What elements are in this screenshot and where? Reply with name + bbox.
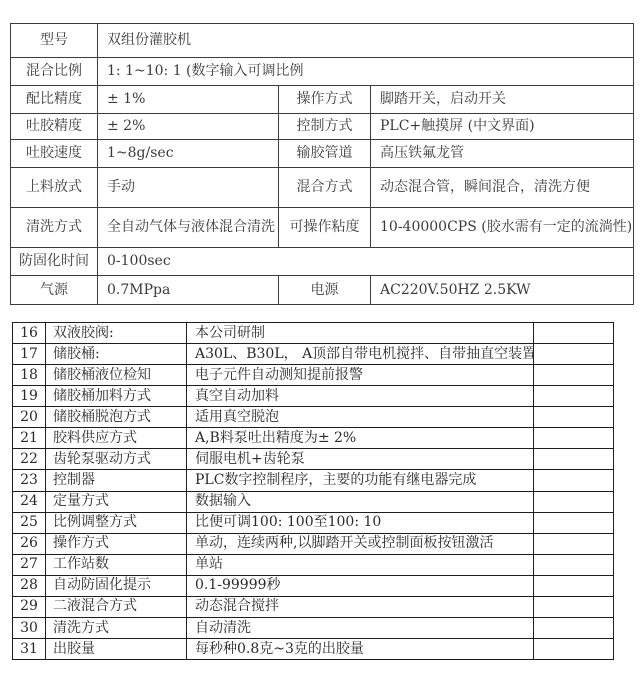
spec-value-cell: PLC数字控制程序，主要的功能有继电器完成 [187,470,534,491]
row-number-cell: 17 [13,344,46,365]
empty-cell [534,533,614,554]
spec-value-cell: 双组份灌胶机 [98,24,634,58]
table-row: 25比例调整方式比便可调100: 100至100: 10 [13,512,614,533]
spec-value-cell: 单动，连续两种,以脚踏开关或控制面板按钮激活 [187,533,534,554]
spec-value-cell: A30L、B30L， A顶部自带电机搅拌、自带抽直空装置 [187,344,534,365]
spec-value-cell: 本公司研制 [187,323,534,344]
spec-value-cell: 高压铁氟龙管 [371,140,634,168]
empty-cell [534,386,614,407]
spec-label-cell: 储胶桶: [46,344,187,365]
table-row: 27工作站数单站 [13,554,614,575]
empty-cell [534,365,614,386]
spec-label-cell: 电源 [279,276,371,305]
spec-value-cell: 动态混合管，瞬间混合，清洗方便 [371,168,634,208]
spec-value-cell: 10-40000CPS (胶水需有一定的流淌性) [371,208,634,248]
empty-cell [534,407,614,428]
spec-value-cell: 0.1-99999秒 [187,575,534,596]
table-row: 31出胶量每秒种0.8克~3克的出胶量 [13,638,614,659]
spec-label-cell: 型号 [11,24,98,58]
spec-label-cell: 出胶量 [46,638,187,659]
table-row: 16双液胶阀:本公司研制 [13,323,614,344]
table-row: 配比精度± 1%操作方式脚踏开关，启动开关 [11,86,634,114]
spec-table-primary-body: 型号双组份灌胶机混合比例1: 1~10: 1 (数字输入可调比例配比精度± 1%… [11,24,634,305]
spec-label-cell: 混合比例 [11,58,98,86]
spec-label-cell: 定量方式 [46,491,187,512]
spec-value-cell: 动态混合搅拌 [187,596,534,617]
table-row: 型号双组份灌胶机 [11,24,634,58]
spec-value-cell: 0-100sec [98,248,634,276]
table-row: 19储胶桶加料方式真空自动加料 [13,386,614,407]
spec-label-cell: 储胶桶加料方式 [46,386,187,407]
table-row: 21胶料供应方式A,B料泵吐出精度为± 2% [13,428,614,449]
spec-value-cell: PLC+触摸屏 (中文界面) [371,114,634,140]
empty-cell [534,449,614,470]
table-row: 30清洗方式自动清洗 [13,617,614,638]
spec-table-primary: 型号双组份灌胶机混合比例1: 1~10: 1 (数字输入可调比例配比精度± 1%… [10,23,634,305]
row-number-cell: 23 [13,470,46,491]
empty-cell [534,575,614,596]
empty-cell [534,596,614,617]
spec-label-cell: 齿轮泵驱动方式 [46,449,187,470]
row-number-cell: 29 [13,596,46,617]
table-row: 吐胶速度1~8g/sec输胶管道高压铁氟龙管 [11,140,634,168]
spec-value-cell: 伺服电机+齿轮泵 [187,449,534,470]
spec-label-cell: 上料放式 [11,168,98,208]
spec-label-cell: 储胶桶脱泡方式 [46,407,187,428]
spec-value-cell: 0.7MPpa [98,276,279,305]
spec-label-cell: 配比精度 [11,86,98,114]
row-number-cell: 31 [13,638,46,659]
empty-cell [534,491,614,512]
table-row: 混合比例1: 1~10: 1 (数字输入可调比例 [11,58,634,86]
empty-cell [534,428,614,449]
spec-value-cell: 手动 [98,168,279,208]
spec-label-cell: 自动防固化提示 [46,575,187,596]
table-row: 上料放式手动混合方式动态混合管，瞬间混合，清洗方便 [11,168,634,208]
spec-label-cell: 混合方式 [279,168,371,208]
table-row: 26操作方式单动，连续两种,以脚踏开关或控制面板按钮激活 [13,533,614,554]
table-row: 28自动防固化提示0.1-99999秒 [13,575,614,596]
spec-label-cell: 防固化时间 [11,248,98,276]
spec-label-cell: 双液胶阀: [46,323,187,344]
row-number-cell: 22 [13,449,46,470]
spec-label-cell: 输胶管道 [279,140,371,168]
spec-table-secondary: 16双液胶阀:本公司研制17储胶桶:A30L、B30L， A顶部自带电机搅拌、自… [12,322,614,660]
spec-label-cell: 控制方式 [279,114,371,140]
spec-label-cell: 吐胶精度 [11,114,98,140]
table-row: 气源0.7MPpa电源AC220V.50HZ 2.5KW [11,276,634,305]
row-number-cell: 19 [13,386,46,407]
table-row: 清洗方式全自动气体与液体混合清洗可操作粘度10-40000CPS (胶水需有一定… [11,208,634,248]
spec-label-cell: 二液混合方式 [46,596,187,617]
table-row: 23控制器PLC数字控制程序，主要的功能有继电器完成 [13,470,614,491]
spec-label-cell: 储胶桶液位检知 [46,365,187,386]
row-number-cell: 18 [13,365,46,386]
row-number-cell: 24 [13,491,46,512]
table-row: 29二液混合方式动态混合搅拌 [13,596,614,617]
spec-label-cell: 气源 [11,276,98,305]
empty-cell [534,470,614,491]
spec-label-cell: 胶料供应方式 [46,428,187,449]
table-row: 24定量方式数据输入 [13,491,614,512]
spec-value-cell: 每秒种0.8克~3克的出胶量 [187,638,534,659]
row-number-cell: 21 [13,428,46,449]
spec-value-cell: 真空自动加料 [187,386,534,407]
spec-label-cell: 操作方式 [46,533,187,554]
row-number-cell: 26 [13,533,46,554]
spec-value-cell: 单站 [187,554,534,575]
spec-value-cell: 全自动气体与液体混合清洗 [98,208,279,248]
spec-value-cell: 比便可调100: 100至100: 10 [187,512,534,533]
empty-cell [534,554,614,575]
spec-label-cell: 比例调整方式 [46,512,187,533]
spec-label-cell: 清洗方式 [46,617,187,638]
spec-value-cell: A,B料泵吐出精度为± 2% [187,428,534,449]
empty-cell [534,344,614,365]
empty-cell [534,323,614,344]
row-number-cell: 25 [13,512,46,533]
spec-value-cell: ± 2% [98,114,279,140]
spec-label-cell: 操作方式 [279,86,371,114]
row-number-cell: 27 [13,554,46,575]
row-number-cell: 28 [13,575,46,596]
spec-value-cell: AC220V.50HZ 2.5KW [371,276,634,305]
spec-label-cell: 可操作粘度 [279,208,371,248]
spec-value-cell: 自动清洗 [187,617,534,638]
spec-label-cell: 清洗方式 [11,208,98,248]
spec-label-cell: 控制器 [46,470,187,491]
table-row: 防固化时间0-100sec [11,248,634,276]
table-row: 18储胶桶液位检知电子元件自动测知提前报警 [13,365,614,386]
spec-value-cell: 脚踏开关，启动开关 [371,86,634,114]
spec-table-secondary-body: 16双液胶阀:本公司研制17储胶桶:A30L、B30L， A顶部自带电机搅拌、自… [13,323,614,660]
spec-value-cell: 1~8g/sec [98,140,279,168]
row-number-cell: 20 [13,407,46,428]
row-number-cell: 30 [13,617,46,638]
table-row: 20储胶桶脱泡方式适用真空脱泡 [13,407,614,428]
spec-label-cell: 吐胶速度 [11,140,98,168]
empty-cell [534,617,614,638]
empty-cell [534,512,614,533]
spec-value-cell: 电子元件自动测知提前报警 [187,365,534,386]
table-row: 吐胶精度± 2%控制方式PLC+触摸屏 (中文界面) [11,114,634,140]
table-row: 22齿轮泵驱动方式伺服电机+齿轮泵 [13,449,614,470]
spec-label-cell: 工作站数 [46,554,187,575]
spec-sheet-page: 型号双组份灌胶机混合比例1: 1~10: 1 (数字输入可调比例配比精度± 1%… [0,0,640,680]
spec-value-cell: 数据输入 [187,491,534,512]
spec-value-cell: ± 1% [98,86,279,114]
spec-value-cell: 1: 1~10: 1 (数字输入可调比例 [98,58,634,86]
row-number-cell: 16 [13,323,46,344]
table-row: 17储胶桶:A30L、B30L， A顶部自带电机搅拌、自带抽直空装置 [13,344,614,365]
spec-value-cell: 适用真空脱泡 [187,407,534,428]
empty-cell [534,638,614,659]
